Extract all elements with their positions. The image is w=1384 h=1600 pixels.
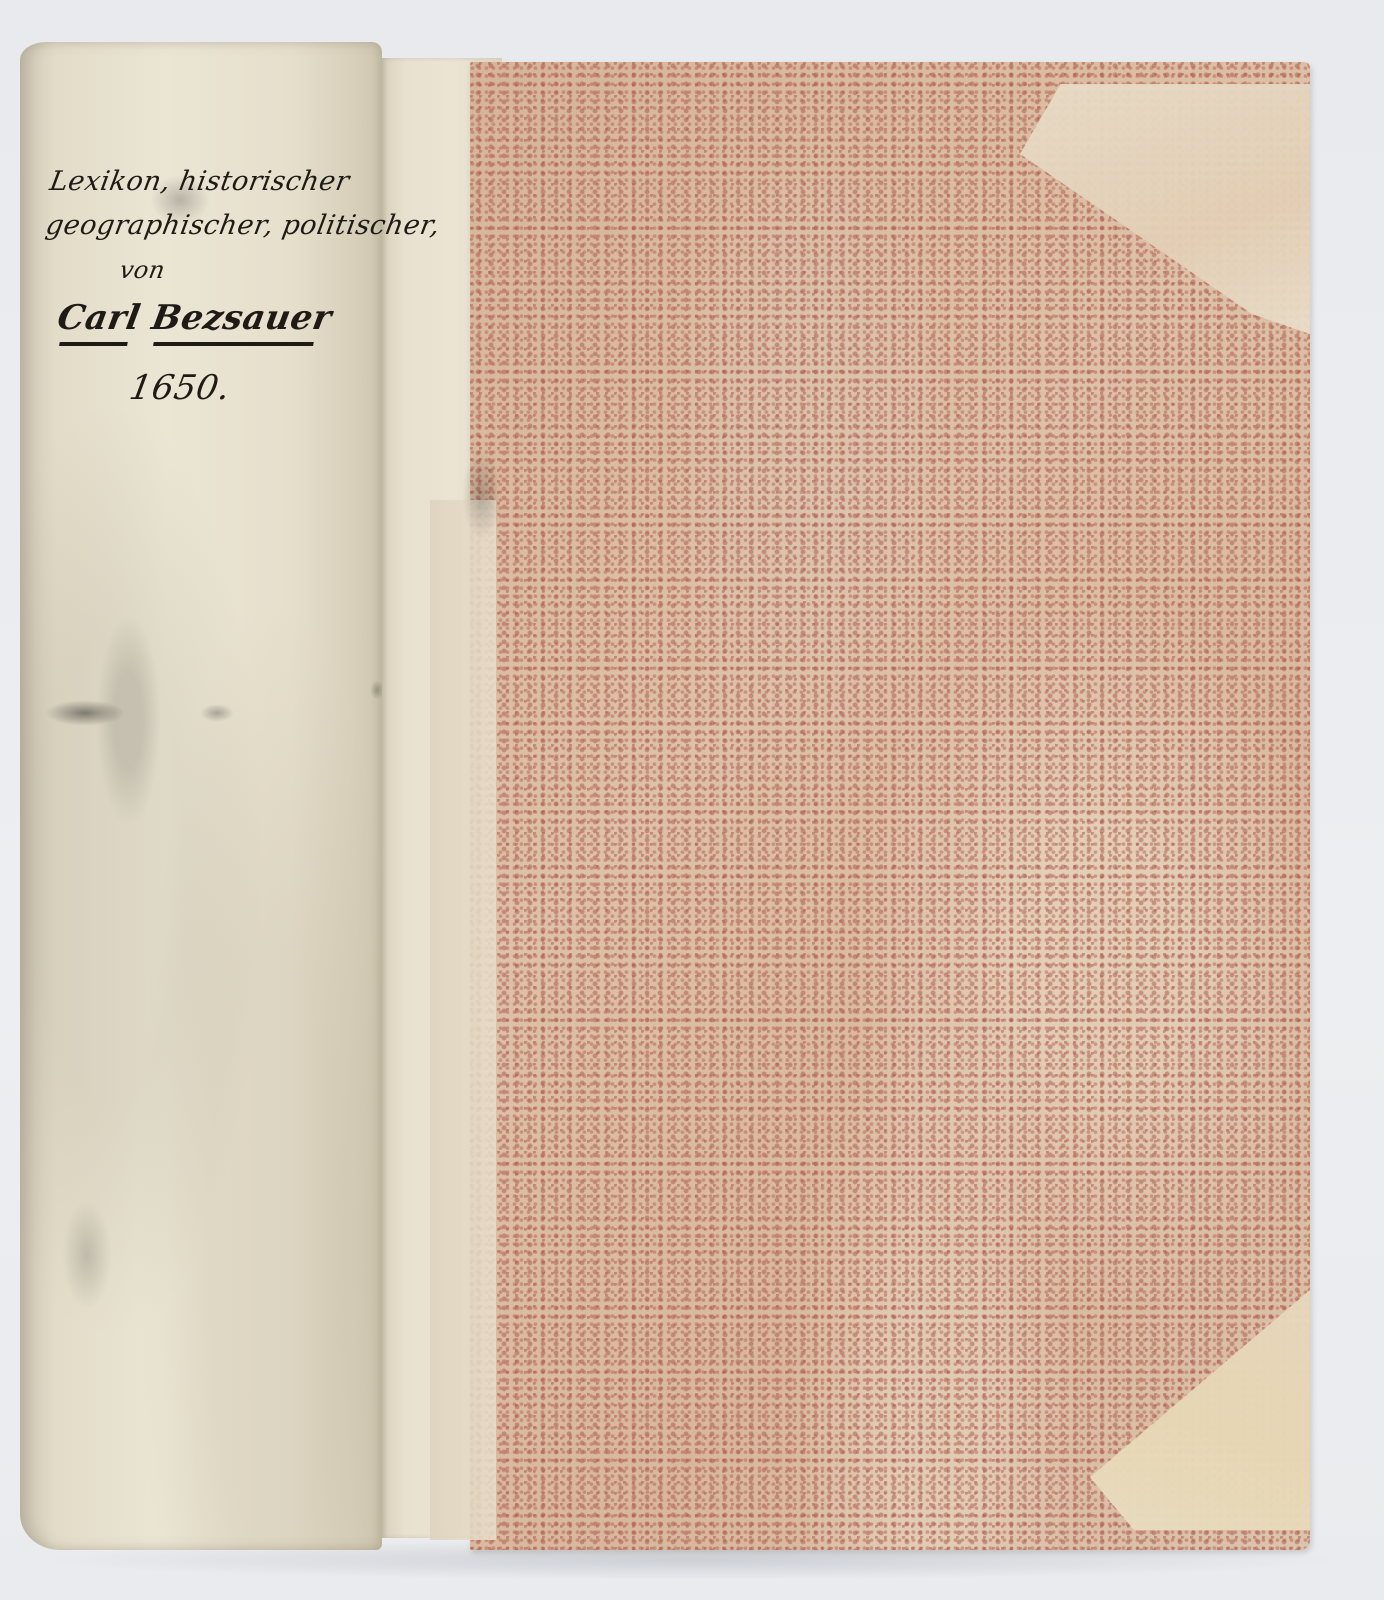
ink-smudge (45, 700, 125, 726)
hinge-overlap (430, 500, 496, 1540)
ink-smudge (462, 450, 502, 540)
inscription-title-line1: Lexikon, historischer (46, 160, 354, 204)
author-last-name: Bezsauer (149, 298, 335, 338)
underline (153, 342, 314, 346)
book-photo: Lexikon, historischer geographischer, po… (0, 0, 1384, 1600)
author-first-name: Carl (54, 298, 143, 338)
front-board-speckled-paper (470, 62, 1310, 1550)
inscription-von: von (116, 248, 354, 292)
spine-inscription: Lexikon, historischer geographischer, po… (50, 160, 350, 418)
inscription-year: 1650. (125, 358, 356, 418)
ink-smudge (62, 1200, 112, 1310)
inscription-title-line2: geographischer, politischer, (42, 204, 354, 248)
underline (59, 342, 128, 346)
inscription-author: Carl Bezsauer (53, 292, 354, 344)
ink-smudge (200, 704, 234, 722)
